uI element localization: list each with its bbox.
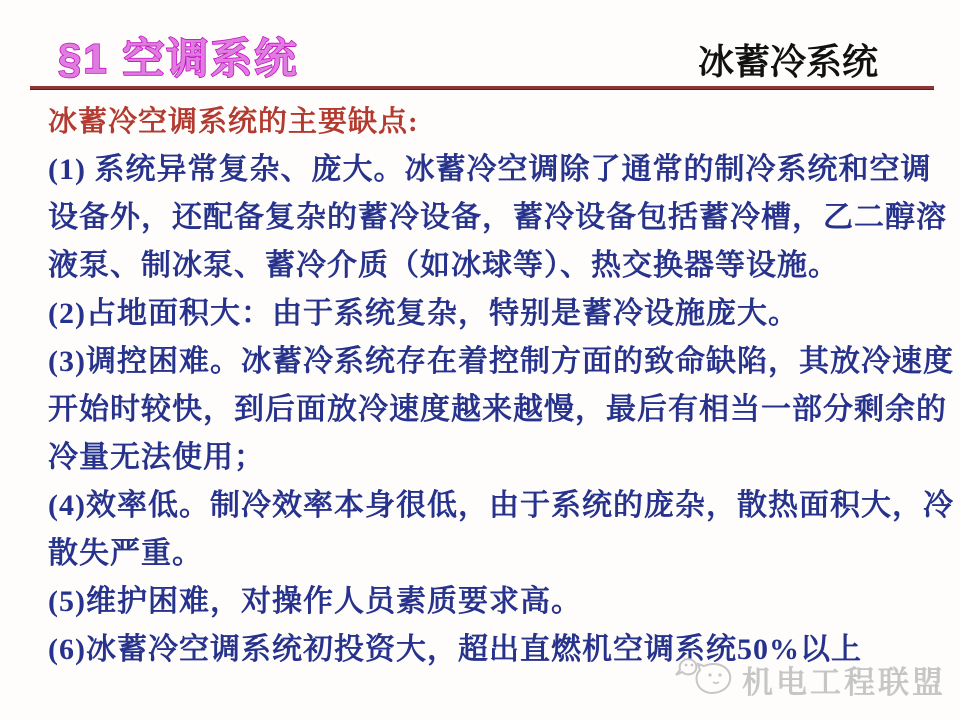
content-line: 开始时较快，到后面放冷速度越来越慢，最后有相当一部分剩余的 — [48, 386, 920, 434]
header-divider — [30, 86, 934, 90]
section-title: §1 空调系统 — [40, 38, 298, 80]
content-line: 设备外，还配备复杂的蓄冷设备，蓄冷设备包括蓄冷槽，乙二醇溶 — [48, 194, 920, 242]
content-line: (3)调控困难。冰蓄冷系统存在着控制方面的致命缺陷，其放冷速度 — [48, 338, 920, 386]
content-heading: 冰蓄冷空调系统的主要缺点: — [48, 98, 920, 146]
content-line: 冷量无法使用； — [48, 434, 920, 482]
content-line: (5)维护困难，对操作人员素质要求高。 — [48, 578, 920, 626]
watermark: 机电工程联盟 — [674, 654, 952, 704]
content-line: 液泵、制冰泵、蓄冷介质（如冰球等）、热交换器等设施。 — [48, 242, 920, 290]
slide-header: §1 空调系统 冰蓄冷系统 — [40, 22, 920, 80]
slide: §1 空调系统 冰蓄冷系统 冰蓄冷空调系统的主要缺点: (1) 系统异常复杂、庞… — [0, 0, 960, 720]
slide-content: 冰蓄冷空调系统的主要缺点: (1) 系统异常复杂、庞大。冰蓄冷空调除了通常的制冷… — [48, 98, 920, 674]
content-line: (1) 系统异常复杂、庞大。冰蓄冷空调除了通常的制冷系统和空调 — [48, 146, 920, 194]
watermark-label: 机电工程联盟 — [742, 657, 952, 702]
content-line: (2)占地面积大：由于系统复杂，特别是蓄冷设施庞大。 — [48, 290, 920, 338]
content-line: (4)效率低。制冷效率本身很低，由于系统的庞杂，散热面积大，冷 — [48, 482, 920, 530]
alliance-logo-icon — [674, 654, 736, 704]
page-title: 冰蓄冷系统 — [698, 44, 920, 80]
content-line: 散失严重。 — [48, 530, 920, 578]
